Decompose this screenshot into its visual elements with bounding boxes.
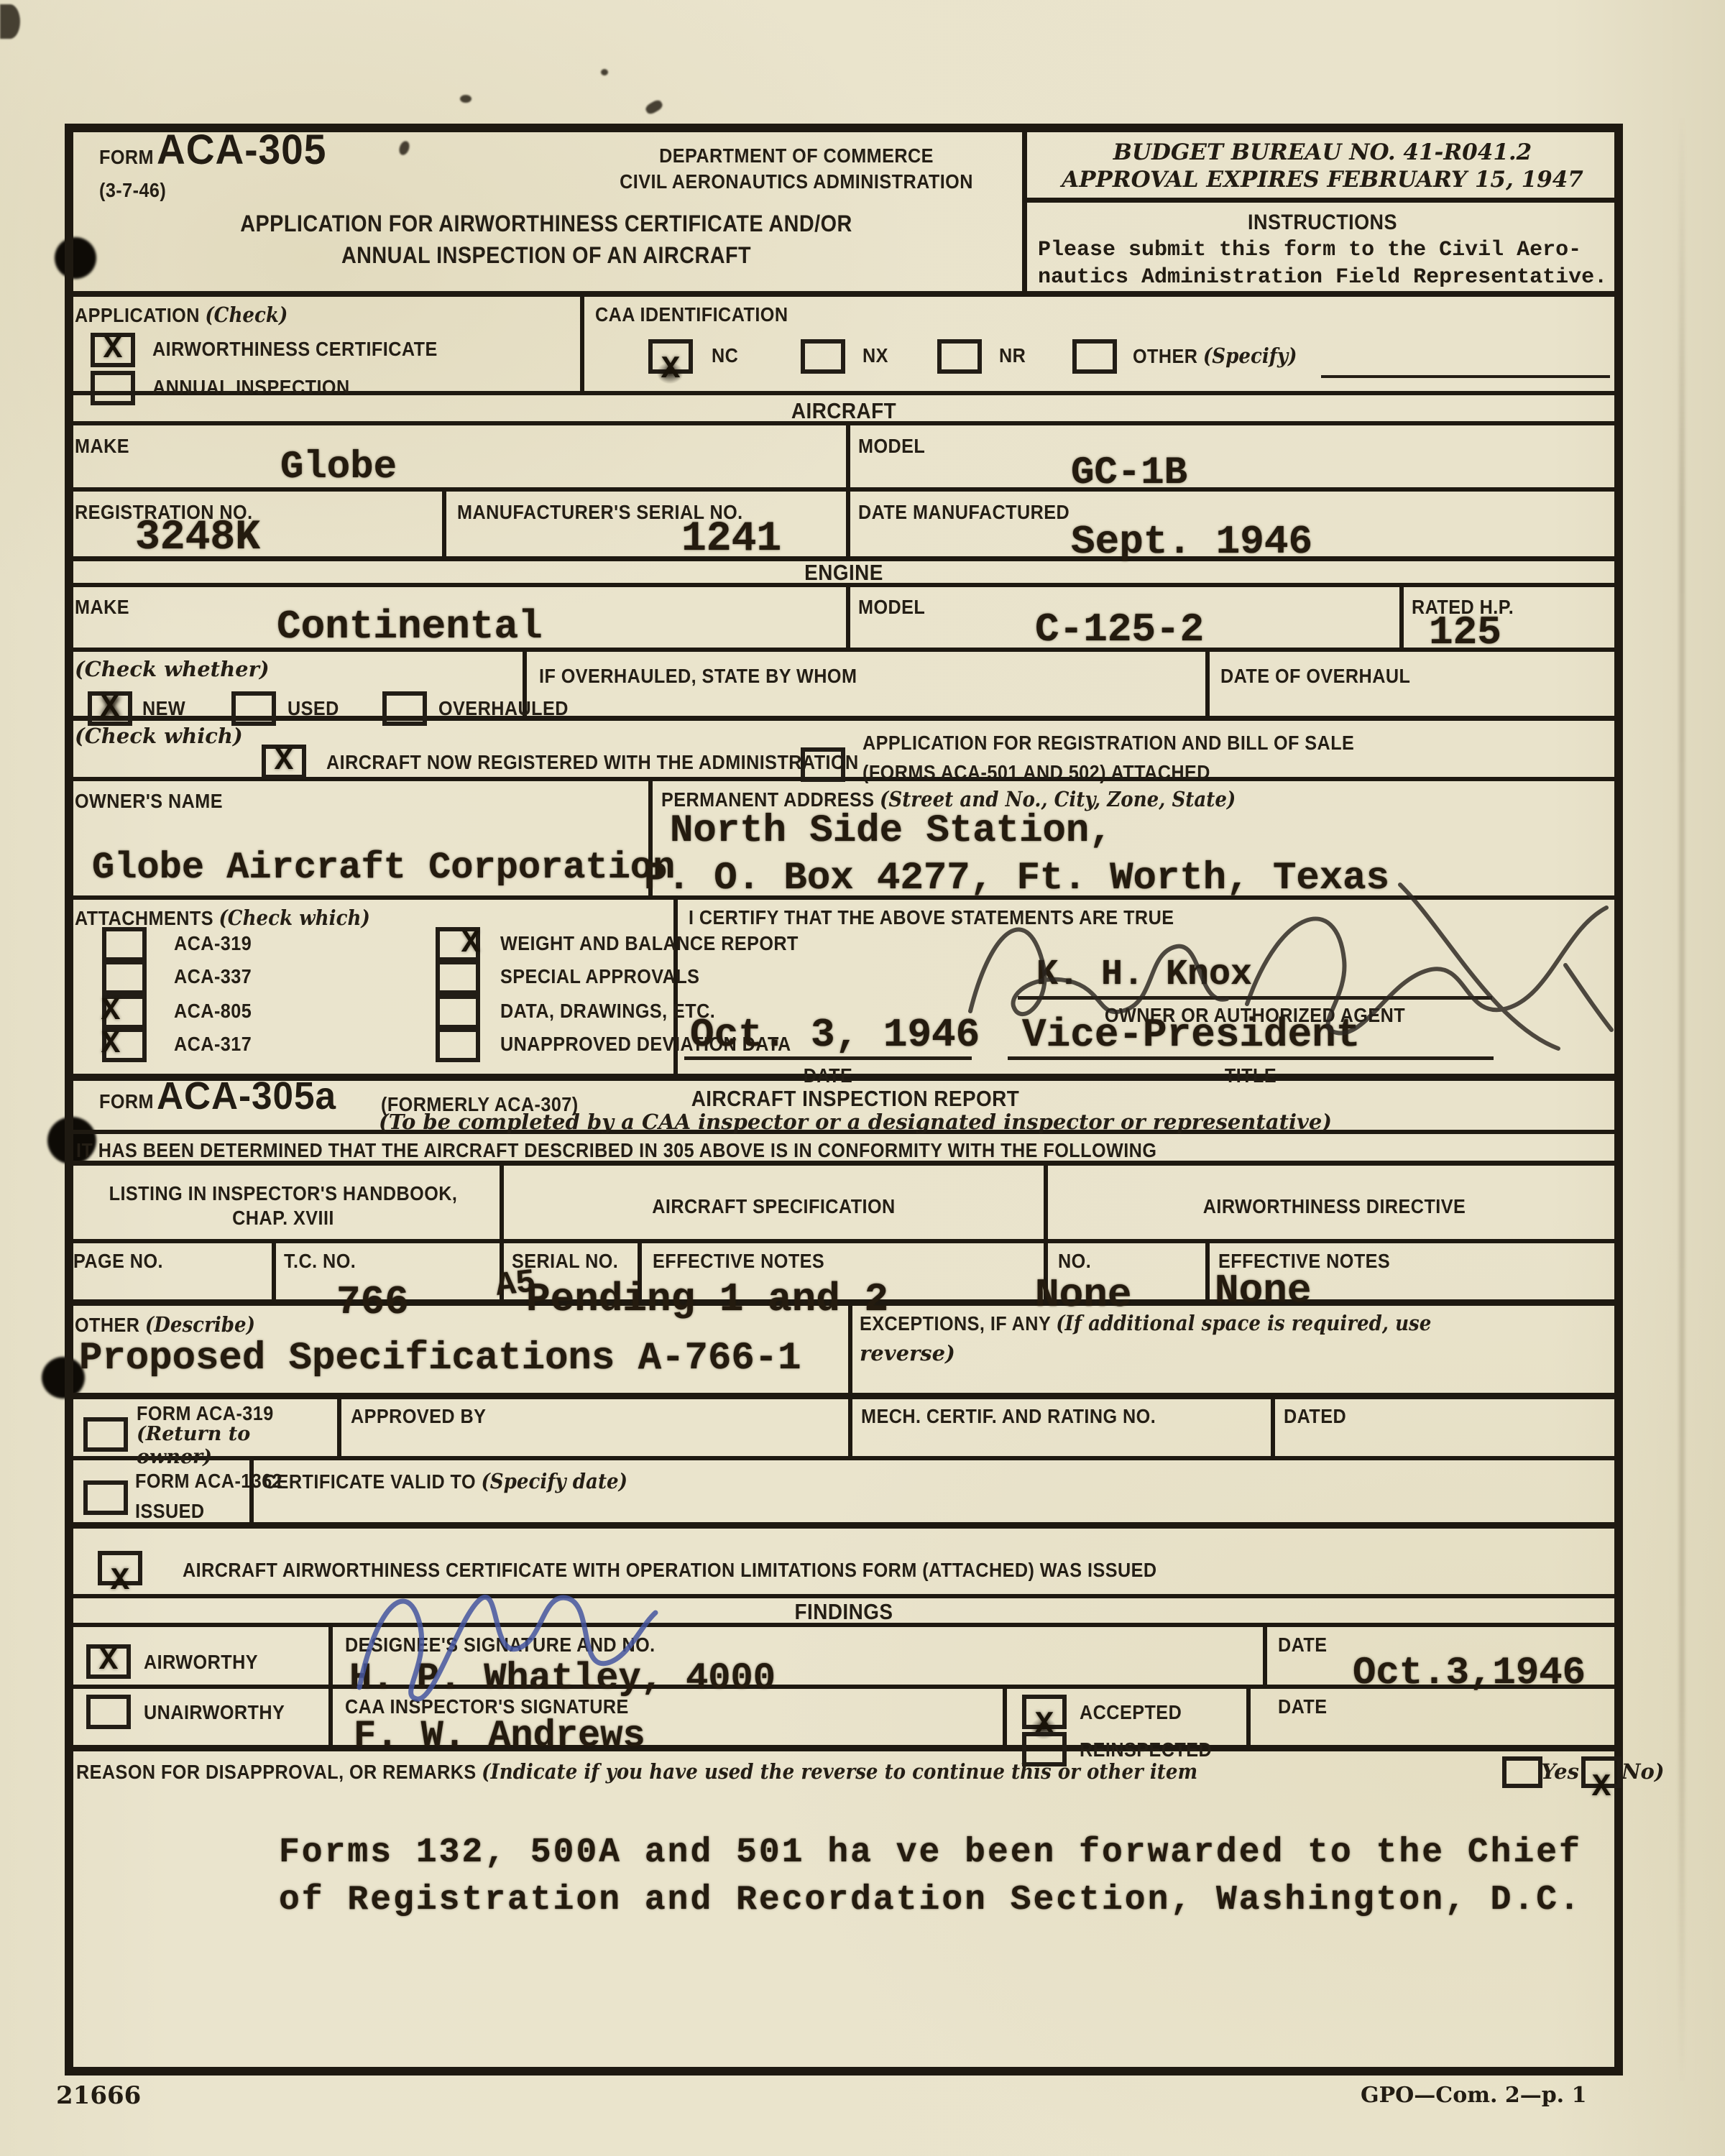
other-label: OTHER (Specify) xyxy=(1133,344,1297,369)
special-approvals-label: SPECIAL APPROVALS xyxy=(500,964,699,989)
divider xyxy=(65,1239,1623,1243)
nx-label: NX xyxy=(862,344,888,368)
nr-label: NR xyxy=(999,344,1026,368)
checkbox-aca-337 xyxy=(102,960,147,995)
border-line xyxy=(65,124,73,2076)
divider xyxy=(65,291,1623,297)
divider xyxy=(272,1242,276,1302)
checkbox-form-aca-319 xyxy=(83,1417,128,1452)
date-manufactured-value: Sept. 1946 xyxy=(1071,522,1312,562)
designee-date-value: Oct.3,1946 xyxy=(1353,1654,1586,1693)
application-attached-line2: (FORMS ACA-501 AND 502) ATTACHED xyxy=(862,760,1210,785)
form-title-line2: ANNUAL INSPECTION OF AN AIRCRAFT xyxy=(210,241,883,269)
form-revision: (3-7-46) xyxy=(99,178,166,203)
nc-label: NC xyxy=(712,344,738,368)
application-label: APPLICATION (Check) xyxy=(75,303,287,328)
divider xyxy=(1399,586,1404,650)
owner-name-value: Globe Aircraft Corporation xyxy=(92,849,675,887)
other-describe-label: OTHER (Describe) xyxy=(75,1312,255,1337)
other-specify-line xyxy=(1321,375,1610,378)
directive-header: AIRWORTHINESS DIRECTIVE xyxy=(1075,1194,1594,1219)
accepted-label: ACCEPTED xyxy=(1080,1700,1182,1725)
checkbox-form-aca-1362 xyxy=(83,1480,128,1515)
divider xyxy=(65,1456,1623,1460)
remarks-typed-line2: of Registration and Recordation Section,… xyxy=(279,1883,1582,1917)
owner-address-label: PERMANENT ADDRESS (Street and No., City,… xyxy=(661,787,1236,812)
form-aca-319-note1: (Return to xyxy=(137,1423,250,1445)
aca-337-label: ACA-337 xyxy=(174,964,252,989)
checkbox-engine-new xyxy=(88,691,132,726)
no-label: No) xyxy=(1621,1759,1665,1784)
checkbox-aca-317 xyxy=(102,1028,147,1062)
checkbox-unapproved-deviation xyxy=(436,1028,480,1062)
divider xyxy=(65,1393,1623,1399)
footer-gpo: GPO—Com. 2—p. 1 xyxy=(1361,2083,1586,2108)
serial-value: 1241 xyxy=(681,519,781,561)
divider xyxy=(846,586,850,650)
checkbox-special-approvals xyxy=(436,960,480,995)
ink-speck xyxy=(0,4,20,39)
aircraft-make-label: MAKE xyxy=(75,434,129,459)
form-number-prefix: FORM xyxy=(99,145,154,170)
divider xyxy=(1205,650,1210,719)
divider xyxy=(1024,198,1623,203)
remarks-label: REASON FOR DISAPPROVAL, OR REMARKS (Indi… xyxy=(76,1759,1197,1784)
tc-no-label: T.C. NO. xyxy=(284,1249,356,1273)
checkbox-nc xyxy=(648,339,693,374)
engine-used-label: USED xyxy=(287,696,339,721)
budget-bureau-no: BUDGET BUREAU NO. 41-R041.2 xyxy=(1035,139,1610,165)
aca-805-label: ACA-805 xyxy=(174,999,252,1023)
directive-no-value: None xyxy=(1035,1275,1131,1315)
aircraft-section-title: AIRCRAFT xyxy=(142,397,1545,424)
agency-division: CIVIL AERONAUTICS ADMINISTRATION xyxy=(602,170,990,194)
divider xyxy=(65,1745,1623,1751)
report-subtitle: (To be completed by a CAA inspector or a… xyxy=(208,1110,1502,1134)
weight-balance-label: WEIGHT AND BALANCE REPORT xyxy=(500,931,799,956)
instructions-title: INSTRUCTIONS xyxy=(1064,210,1581,236)
yes-label: Yes xyxy=(1541,1759,1579,1784)
checkbox-annual-inspection xyxy=(91,371,135,405)
mech-certif-label: MECH. CERTIF. AND RATING NO. xyxy=(861,1404,1156,1429)
checkbox-yes xyxy=(1502,1756,1542,1788)
unairworthy-label: UNAIRWORTHY xyxy=(144,1700,285,1725)
divider xyxy=(580,293,584,394)
check-whether-label: (Check whether) xyxy=(75,657,270,681)
engine-make-label: MAKE xyxy=(75,595,129,619)
inspector-date-label: DATE xyxy=(1278,1695,1328,1719)
data-drawings-label: DATA, DRAWINGS, ETC. xyxy=(500,999,715,1023)
form-aca-1362-label: FORM ACA-1362 xyxy=(135,1469,282,1493)
checkbox-no xyxy=(1581,1756,1621,1788)
effective-notes-value: Pending 1 and 2 xyxy=(526,1279,888,1319)
checkbox-aca-805 xyxy=(102,995,147,1029)
designee-date-label: DATE xyxy=(1278,1633,1328,1657)
certify-date-label: DATE xyxy=(699,1064,957,1088)
aca-317-label: ACA-317 xyxy=(174,1032,252,1056)
form-title-line1: APPLICATION FOR AIRWORTHINESS CERTIFICAT… xyxy=(210,210,883,237)
checkbox-accepted xyxy=(1022,1695,1067,1729)
exceptions-label: EXCEPTIONS, IF ANY (If additional space … xyxy=(860,1311,1431,1336)
divider xyxy=(1246,1687,1251,1748)
caa-inspector-typed: F. W. Andrews xyxy=(354,1718,645,1755)
instructions-line1: Please submit this form to the Civil Aer… xyxy=(1038,237,1581,264)
scanned-form-page: FORM ACA-305 (3-7-46) DEPARTMENT OF COMM… xyxy=(0,0,1725,2156)
aircraft-make-value: Globe xyxy=(280,448,397,487)
ink-speck xyxy=(644,98,664,116)
overhaul-date-label: DATE OF OVERHAUL xyxy=(1220,664,1410,688)
certify-date-value: Oct. 3, 1946 xyxy=(690,1015,980,1055)
approved-by-label: APPROVED BY xyxy=(351,1404,486,1429)
reinspected-label: REINSPECTED xyxy=(1080,1738,1212,1762)
footer-print-code: 21666 xyxy=(56,2081,141,2110)
divider xyxy=(328,1626,333,1748)
tc-no-value: 766 xyxy=(336,1282,409,1322)
border-line xyxy=(65,2067,1623,2076)
handbook-header-line2: CHAP. XVIII xyxy=(86,1206,479,1230)
checkbox-data-drawings xyxy=(436,995,480,1029)
agency-name: DEPARTMENT OF COMMERCE xyxy=(615,144,977,168)
checkbox-registered xyxy=(262,745,306,779)
date-manufactured-label: DATE MANUFACTURED xyxy=(858,500,1069,525)
form-aca-319-label: FORM ACA-319 xyxy=(137,1401,274,1426)
determination-statement: IT HAS BEEN DETERMINED THAT THE AIRCRAFT… xyxy=(76,1138,1156,1163)
checkbox-application-attached xyxy=(801,747,845,782)
divider xyxy=(442,490,446,559)
directive-notes-value: None xyxy=(1215,1271,1311,1311)
engine-overhauled-label: OVERHAULED xyxy=(438,696,569,721)
divider xyxy=(1263,1626,1267,1687)
certify-title-label: TITLE xyxy=(1032,1064,1469,1088)
aircraft-model-label: MODEL xyxy=(858,434,925,459)
checkbox-engine-overhauled xyxy=(382,691,427,726)
owner-name-label: OWNER'S NAME xyxy=(75,789,223,814)
engine-model-label: MODEL xyxy=(858,595,925,619)
owner-address-line1: North Side Station, xyxy=(670,812,1113,851)
engine-new-label: NEW xyxy=(142,696,185,721)
form-aca-319-note2: owner) xyxy=(137,1446,212,1468)
dated-label: DATED xyxy=(1284,1404,1346,1429)
checkbox-aca-319 xyxy=(102,927,147,962)
aircraft-model-value: GC-1B xyxy=(1071,454,1187,493)
form-number: ACA-305 xyxy=(157,129,326,171)
checkbox-engine-used xyxy=(231,691,276,726)
exceptions-label-line2: reverse) xyxy=(860,1341,955,1365)
airworthy-label: AIRWORTHY xyxy=(144,1650,258,1674)
form-aca-1362-issued: ISSUED xyxy=(135,1499,205,1524)
checkbox-certificate-issued xyxy=(98,1551,142,1585)
registered-label: AIRCRAFT NOW REGISTERED WITH THE ADMINIS… xyxy=(326,750,859,775)
divider xyxy=(848,1396,852,1459)
divider xyxy=(65,1522,1623,1529)
engine-model-value: C-125-2 xyxy=(1035,609,1204,650)
spec-header: AIRCRAFT SPECIFICATION xyxy=(529,1194,1018,1219)
divider xyxy=(337,1396,341,1459)
checkbox-airworthy xyxy=(86,1644,131,1679)
divider xyxy=(846,424,850,559)
directive-no-label: NO. xyxy=(1058,1249,1091,1273)
paper-crease xyxy=(1679,115,1685,2084)
engine-make-value: Continental xyxy=(277,607,543,647)
divider xyxy=(1205,1242,1210,1302)
divider xyxy=(1271,1396,1275,1459)
form-body: FORM ACA-305 (3-7-46) DEPARTMENT OF COMM… xyxy=(65,124,1623,2076)
designee-signature-ink xyxy=(338,1567,676,1710)
application-attached-line1: APPLICATION FOR REGISTRATION AND BILL OF… xyxy=(862,731,1354,755)
checkbox-weight-balance xyxy=(436,927,480,962)
approval-expires: APPROVAL EXPIRES FEBRUARY 15, 1947 xyxy=(1035,167,1610,193)
handbook-header-line1: LISTING IN INSPECTOR'S HANDBOOK, xyxy=(86,1181,479,1206)
checkbox-nx xyxy=(801,339,845,374)
checkbox-unairworthy xyxy=(86,1695,131,1729)
instructions-line2: nautics Administration Field Representat… xyxy=(1038,264,1607,292)
certificate-valid-label: CERTIFICATE VALID TO (Specify date) xyxy=(263,1469,627,1494)
checkbox-other xyxy=(1072,339,1117,374)
check-which-label: (Check which) xyxy=(75,724,243,748)
divider xyxy=(1022,124,1027,296)
caa-identification-label: CAA IDENTIFICATION xyxy=(595,303,788,327)
airworthiness-certificate-label: AIRWORTHINESS CERTIFICATE xyxy=(152,337,438,361)
date-line xyxy=(684,1056,972,1060)
remarks-typed-line1: Forms 132, 500A and 501 ha ve been forwa… xyxy=(279,1835,1582,1870)
effective-notes-label: EFFECTIVE NOTES xyxy=(653,1249,824,1273)
ink-speck xyxy=(601,69,608,75)
checkbox-nr xyxy=(937,339,982,374)
ink-speck xyxy=(460,95,471,103)
registration-value: 3248K xyxy=(135,517,260,559)
rated-hp-value: 125 xyxy=(1429,612,1501,653)
other-describe-value: Proposed Specifications A-766-1 xyxy=(79,1340,801,1378)
engine-section-title: ENGINE xyxy=(142,559,1545,586)
aca-319-label: ACA-319 xyxy=(174,931,252,956)
annual-inspection-label: ANNUAL INSPECTION xyxy=(152,375,350,400)
divider xyxy=(1003,1687,1007,1748)
checkbox-airworthiness-certificate xyxy=(91,333,135,367)
report-title: AIRCRAFT INSPECTION REPORT xyxy=(402,1085,1308,1112)
report-form-prefix: FORM xyxy=(99,1089,154,1114)
owner-signature xyxy=(949,860,1617,1061)
page-no-label: PAGE NO. xyxy=(73,1249,163,1273)
overhauled-by-label: IF OVERHAULED, STATE BY WHOM xyxy=(539,664,857,688)
